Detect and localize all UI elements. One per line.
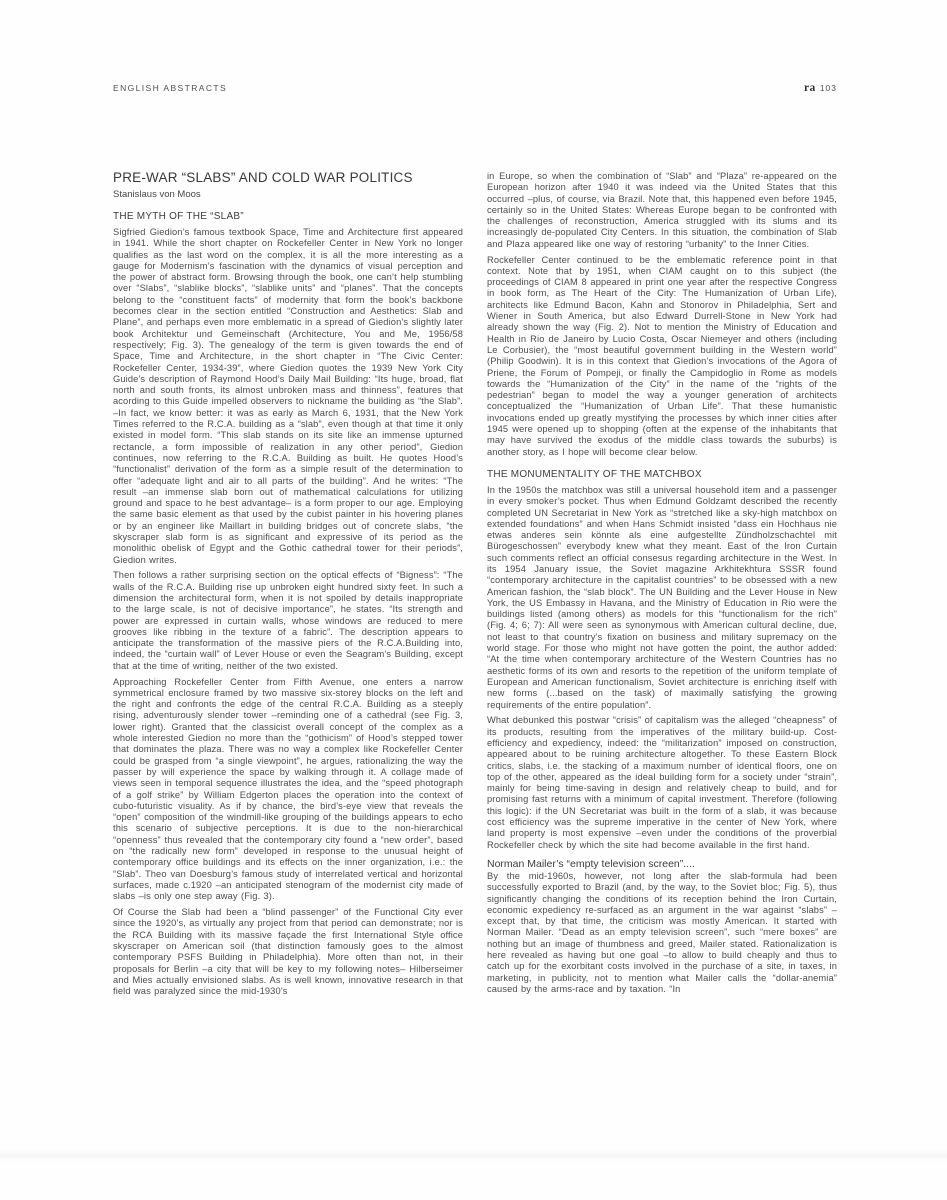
journal-page: ENGLISH ABSTRACTS ra 103 PRE-WAR “SLABS”… xyxy=(0,0,947,1200)
column-left-flow: THE MYTH OF THE “SLAB”Sigfried Giedion’s… xyxy=(113,211,463,997)
column-right: in Europe, so when the combination of “S… xyxy=(487,170,837,1002)
folio: ra 103 xyxy=(804,82,837,94)
abstract-paragraph: Approaching Rockefeller Center from Fift… xyxy=(113,677,463,903)
section-heading: THE MONUMENTALITY OF THE MATCHBOX xyxy=(487,469,837,480)
section-heading: THE MYTH OF THE “SLAB” xyxy=(113,211,463,222)
column-left: PRE-WAR “SLABS” AND COLD WAR POLITICS St… xyxy=(113,170,463,1002)
abstract-paragraph: By the mid-1960s, however, not long afte… xyxy=(487,871,837,995)
abstract-paragraph: Then follows a rather surprising section… xyxy=(113,570,463,672)
abstract-paragraph: in Europe, so when the combination of “S… xyxy=(487,171,837,250)
page-header: ENGLISH ABSTRACTS ra 103 xyxy=(113,82,837,94)
author-name: Stanislaus von Moos xyxy=(113,189,463,200)
abstract-paragraph: Rockefeller Center continued to be the e… xyxy=(487,255,837,458)
abstract-paragraph: Sigfried Giedion’s famous textbook Space… xyxy=(113,227,463,566)
abstract-paragraph: In the 1950s the matchbox was still a un… xyxy=(487,485,837,711)
section-heading: Norman Mailer’s “empty television screen… xyxy=(487,858,837,870)
abstract-paragraph: What debunked this postwar “crisis” of c… xyxy=(487,715,837,851)
page-number: 103 xyxy=(820,83,837,93)
journal-mark: ra xyxy=(804,82,816,94)
abstract-body: PRE-WAR “SLABS” AND COLD WAR POLITICS St… xyxy=(113,170,837,1002)
running-head: ENGLISH ABSTRACTS xyxy=(113,83,227,93)
scan-edge-artifact xyxy=(0,1148,947,1162)
article-title: PRE-WAR “SLABS” AND COLD WAR POLITICS xyxy=(113,170,463,185)
abstract-paragraph: Of Course the Slab had been a “blind pas… xyxy=(113,907,463,997)
